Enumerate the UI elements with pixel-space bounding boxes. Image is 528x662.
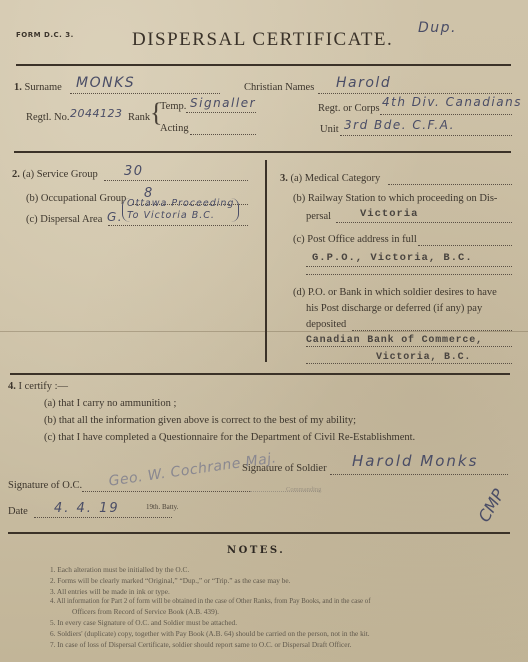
medical-category-line — [388, 184, 512, 185]
date-label: Date — [8, 506, 28, 517]
rank-acting-line — [190, 134, 256, 135]
bank-label-line3: deposited — [306, 319, 346, 330]
dispersal-area-annotation: Ottawa Proceeding To Victoria B.C. — [122, 198, 239, 222]
medical-category-label: 3. (a) Medical Category — [280, 173, 380, 184]
post-office-label: (c) Post Office address in full — [293, 234, 417, 245]
note-1: 1. Each alteration must be initialled by… — [50, 565, 189, 574]
regt-corps-line — [380, 114, 512, 115]
regtl-no-value: 2044123 — [70, 107, 123, 120]
bank-line-2 — [306, 346, 512, 347]
note-4: 4. All information for Part 2 of form wi… — [50, 598, 371, 605]
bank-value-line2: Victoria, B.C. — [376, 352, 471, 363]
service-group-text: (a) Service Group — [23, 169, 98, 180]
section1-rule — [14, 151, 511, 153]
regt-corps-label: Regt. or Corps — [318, 103, 380, 114]
regtl-no-label: Regtl. No. — [26, 112, 69, 123]
note-7: 7. In case of loss of Dispersal Certific… — [50, 640, 351, 649]
bank-label-line2: his Post discharge or deferred (if any) … — [306, 303, 482, 314]
bank-line-1 — [352, 330, 512, 331]
section-number: 2. — [12, 169, 20, 180]
rank-temp-value: Signaller — [190, 96, 256, 110]
battery-label: 19th. Batty. — [146, 503, 178, 511]
service-group-value: 30 — [124, 164, 144, 179]
date-value: 4. 4. 19 — [54, 501, 120, 516]
note-2: 2. Forms will be clearly marked “Origina… — [50, 576, 290, 585]
service-group-label: 2. (a) Service Group — [12, 169, 98, 180]
commanding-line — [250, 491, 320, 492]
certify-item-c: (c) that I have completed a Questionnair… — [44, 432, 415, 443]
post-office-value: G.P.O., Victoria, B.C. — [312, 252, 473, 264]
oc-signature-line — [82, 491, 250, 492]
document-title: DISPERSAL CERTIFICATE. — [132, 29, 393, 51]
railway-label-line2: persal — [306, 211, 331, 222]
christian-names-value: Harold — [336, 75, 391, 91]
note-3: 3. All entries will be made in ink or ty… — [50, 587, 170, 596]
medical-category-text: (a) Medical Category — [291, 173, 381, 184]
annotation-line-2: To Victoria B.C. — [127, 210, 234, 222]
post-office-line-2 — [306, 266, 512, 267]
service-group-line — [104, 180, 248, 181]
signature-rule — [8, 532, 510, 534]
note-6: 6. Soldiers' (duplicate) copy, together … — [50, 629, 370, 638]
certify-heading-text: I certify :— — [19, 381, 69, 392]
regt-corps-value: 4th Div. Canadians — [382, 95, 522, 109]
bank-line-3 — [306, 363, 512, 364]
certify-item-b: (b) that all the information given above… — [44, 415, 356, 426]
rank-label: Rank — [128, 112, 150, 123]
section-divider — [265, 160, 267, 362]
railway-value: Victoria — [360, 208, 418, 220]
certify-heading: 4. I certify :— — [8, 381, 68, 392]
form-number: FORM D.C. 3. — [16, 31, 74, 39]
section3-rule — [10, 373, 510, 375]
surname-line — [70, 93, 220, 94]
surname-label: Surname — [25, 82, 62, 93]
bank-label-line1: (d) P.O. or Bank in which soldier desire… — [293, 287, 497, 298]
header-rule — [16, 64, 511, 66]
dispersal-area-value: G. — [107, 210, 123, 224]
christian-names-line — [318, 93, 512, 94]
post-office-line-1 — [418, 245, 512, 246]
railway-label-line1: (b) Railway Station to which proceeding … — [293, 193, 497, 204]
date-line — [34, 517, 172, 518]
surname-value: MONKS — [76, 75, 135, 91]
unit-value: 3rd Bde. C.F.A. — [344, 118, 455, 132]
dispersal-certificate-document: FORM D.C. 3. DISPERSAL CERTIFICATE. Dup.… — [0, 0, 528, 662]
railway-line — [336, 222, 512, 223]
fold-crease — [0, 331, 528, 332]
occupational-group-label: (b) Occupational Group — [26, 193, 126, 204]
rank-acting-label: Acting — [160, 123, 189, 134]
note-5: 5. In every case Signature of O.C. and S… — [50, 618, 237, 627]
soldier-signature: Harold Monks — [352, 452, 478, 470]
dispersal-area-label: (c) Dispersal Area — [26, 214, 102, 225]
copy-mark: Dup. — [418, 20, 457, 36]
certify-item-a: (a) that I carry no ammunition ; — [44, 398, 176, 409]
soldier-signature-line — [330, 474, 508, 475]
christian-names-label: Christian Names — [244, 82, 314, 93]
section-number: 4. — [8, 381, 16, 392]
unit-line — [340, 135, 512, 136]
unit-label: Unit — [320, 124, 339, 135]
margin-initials: CMP — [474, 486, 508, 525]
rank-temp-label: Temp. — [160, 101, 186, 112]
annotation-line-1: Ottawa Proceeding — [127, 198, 234, 210]
notes-title: NOTES. — [227, 545, 285, 556]
section1-number: 1. Surname — [14, 82, 62, 93]
bank-value-line1: Canadian Bank of Commerce, — [306, 335, 483, 346]
section-number: 3. — [280, 173, 288, 184]
note-4-continued: Officers from Record of Service Book (A.… — [72, 607, 219, 616]
section-number: 1. — [14, 82, 22, 93]
post-office-line-3 — [306, 274, 512, 275]
rank-temp-line — [186, 112, 256, 113]
dispersal-area-line — [108, 225, 248, 226]
oc-signature-label: Signature of O.C. — [8, 480, 82, 491]
